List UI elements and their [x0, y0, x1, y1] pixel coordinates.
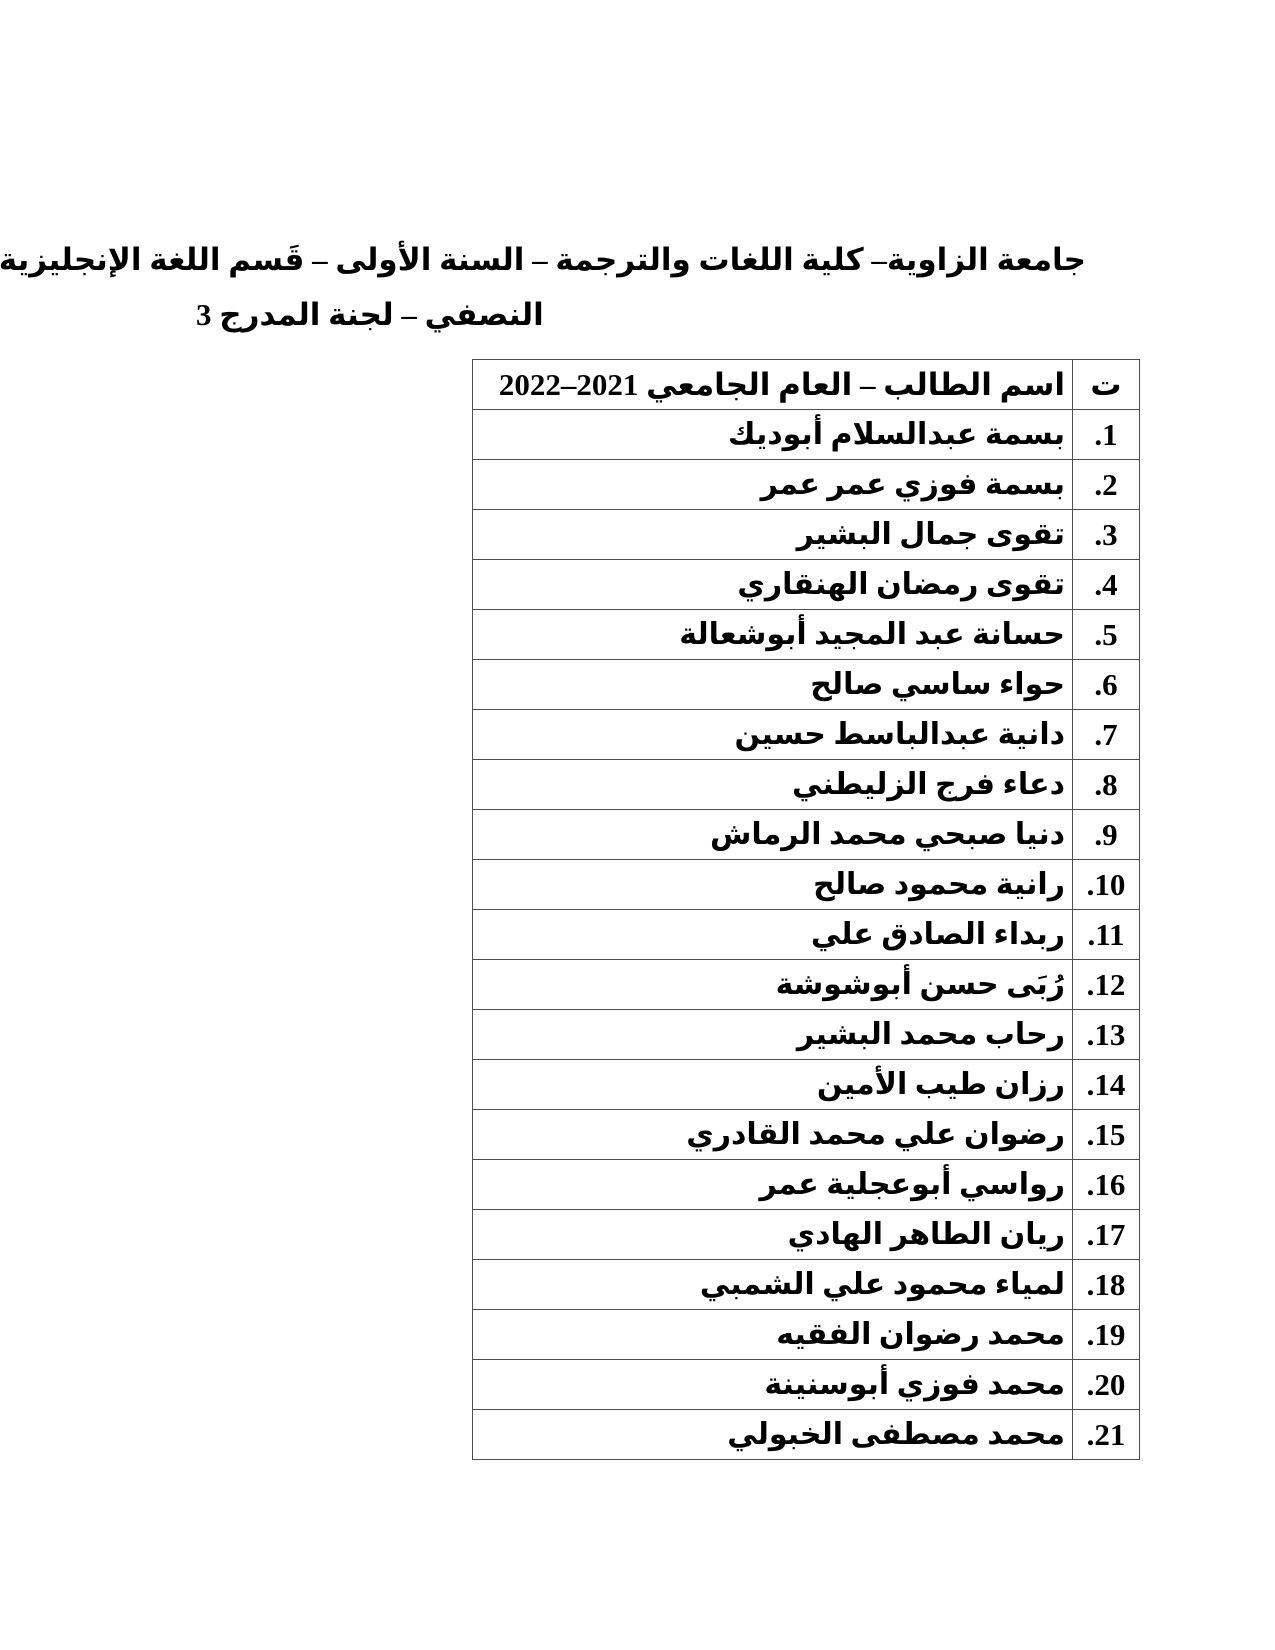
table-row: 12. رُبَى حسن أبوشوشة — [473, 960, 1140, 1010]
table-row: 5. حسانة عبد المجيد أبوشعالة — [473, 610, 1140, 660]
student-name: رُبَى حسن أبوشوشة — [473, 960, 1073, 1010]
student-number: 13. — [1073, 1010, 1140, 1060]
student-number: 2. — [1073, 460, 1140, 510]
table-row: 9. دنيا صبحي محمد الرماش — [473, 810, 1140, 860]
student-name: تقوى رمضان الهنقاري — [473, 560, 1073, 610]
student-number: 7. — [1073, 710, 1140, 760]
student-name: رزان طيب الأمين — [473, 1060, 1073, 1110]
table-row: 1. بسمة عبدالسلام أبوديك — [473, 410, 1140, 460]
student-name: بسمة عبدالسلام أبوديك — [473, 410, 1073, 460]
student-name: رواسي أبوعجلية عمر — [473, 1160, 1073, 1210]
table-row: 18. لمياء محمود علي الشمبي — [473, 1260, 1140, 1310]
student-number: 1. — [1073, 410, 1140, 460]
index-column-header: ت — [1073, 360, 1140, 410]
table-row: 15. رضوان علي محمد القادري — [473, 1110, 1140, 1160]
student-name: بسمة فوزي عمر عمر — [473, 460, 1073, 510]
student-name: محمد رضوان الفقيه — [473, 1310, 1073, 1360]
table-row: 17. ريان الطاهر الهادي — [473, 1210, 1140, 1260]
table-row: 16. رواسي أبوعجلية عمر — [473, 1160, 1140, 1210]
table-row: 10. رانية محمود صالح — [473, 860, 1140, 910]
student-number: 9. — [1073, 810, 1140, 860]
table-row: 21. محمد مصطفى الخبولي — [473, 1410, 1140, 1460]
student-name: لمياء محمود علي الشمبي — [473, 1260, 1073, 1310]
student-number: 18. — [1073, 1260, 1140, 1310]
student-name: دنيا صبحي محمد الرماش — [473, 810, 1073, 860]
table-row: 3. تقوى جمال البشير — [473, 510, 1140, 560]
student-number: 11. — [1073, 910, 1140, 960]
name-column-header: اسم الطالب – العام الجامعي 2021–2022 — [473, 360, 1073, 410]
table-header-row: ت اسم الطالب – العام الجامعي 2021–2022 — [473, 360, 1140, 410]
table-row: 19. محمد رضوان الفقيه — [473, 1310, 1140, 1360]
document-title: جامعة الزاوية– كلية اللغات والترجمة – ال… — [196, 232, 1086, 342]
student-number: 14. — [1073, 1060, 1140, 1110]
student-name: تقوى جمال البشير — [473, 510, 1073, 560]
table-row: 20. محمد فوزي أبوسنينة — [473, 1360, 1140, 1410]
student-number: 12. — [1073, 960, 1140, 1010]
student-number: 16. — [1073, 1160, 1140, 1210]
student-number: 19. — [1073, 1310, 1140, 1360]
table-row: 7. دانية عبدالباسط حسين — [473, 710, 1140, 760]
student-number: 20. — [1073, 1360, 1140, 1410]
student-number: 17. — [1073, 1210, 1140, 1260]
student-number: 6. — [1073, 660, 1140, 710]
student-name: دعاء فرج الزليطني — [473, 760, 1073, 810]
table-row: 8. دعاء فرج الزليطني — [473, 760, 1140, 810]
table-row: 2. بسمة فوزي عمر عمر — [473, 460, 1140, 510]
student-name: رانية محمود صالح — [473, 860, 1073, 910]
student-name: محمد مصطفى الخبولي — [473, 1410, 1073, 1460]
students-table: ت اسم الطالب – العام الجامعي 2021–2022 1… — [472, 359, 1140, 1460]
student-number: 10. — [1073, 860, 1140, 910]
student-number: 21. — [1073, 1410, 1140, 1460]
table-row: 6. حواء ساسي صالح — [473, 660, 1140, 710]
student-name: دانية عبدالباسط حسين — [473, 710, 1073, 760]
title-line-1: جامعة الزاوية– كلية اللغات والترجمة – ال… — [196, 232, 1086, 287]
student-name: رحاب محمد البشير — [473, 1010, 1073, 1060]
table-row: 4. تقوى رمضان الهنقاري — [473, 560, 1140, 610]
student-name: رضوان علي محمد القادري — [473, 1110, 1073, 1160]
student-number: 15. — [1073, 1110, 1140, 1160]
table-body: 1. بسمة عبدالسلام أبوديك 2. بسمة فوزي عم… — [473, 410, 1140, 1460]
student-name: حسانة عبد المجيد أبوشعالة — [473, 610, 1073, 660]
title-line-2: النصفي – لجنة المدرج 3 — [196, 287, 1086, 342]
table-row: 14. رزان طيب الأمين — [473, 1060, 1140, 1110]
document-page: جامعة الزاوية– كلية اللغات والترجمة – ال… — [0, 0, 1275, 1650]
student-name: حواء ساسي صالح — [473, 660, 1073, 710]
table-row: 13. رحاب محمد البشير — [473, 1010, 1140, 1060]
table-row: 11. ربداء الصادق علي — [473, 910, 1140, 960]
student-number: 4. — [1073, 560, 1140, 610]
student-name: ريان الطاهر الهادي — [473, 1210, 1073, 1260]
student-number: 8. — [1073, 760, 1140, 810]
student-number: 5. — [1073, 610, 1140, 660]
student-number: 3. — [1073, 510, 1140, 560]
student-name: ربداء الصادق علي — [473, 910, 1073, 960]
student-name: محمد فوزي أبوسنينة — [473, 1360, 1073, 1410]
